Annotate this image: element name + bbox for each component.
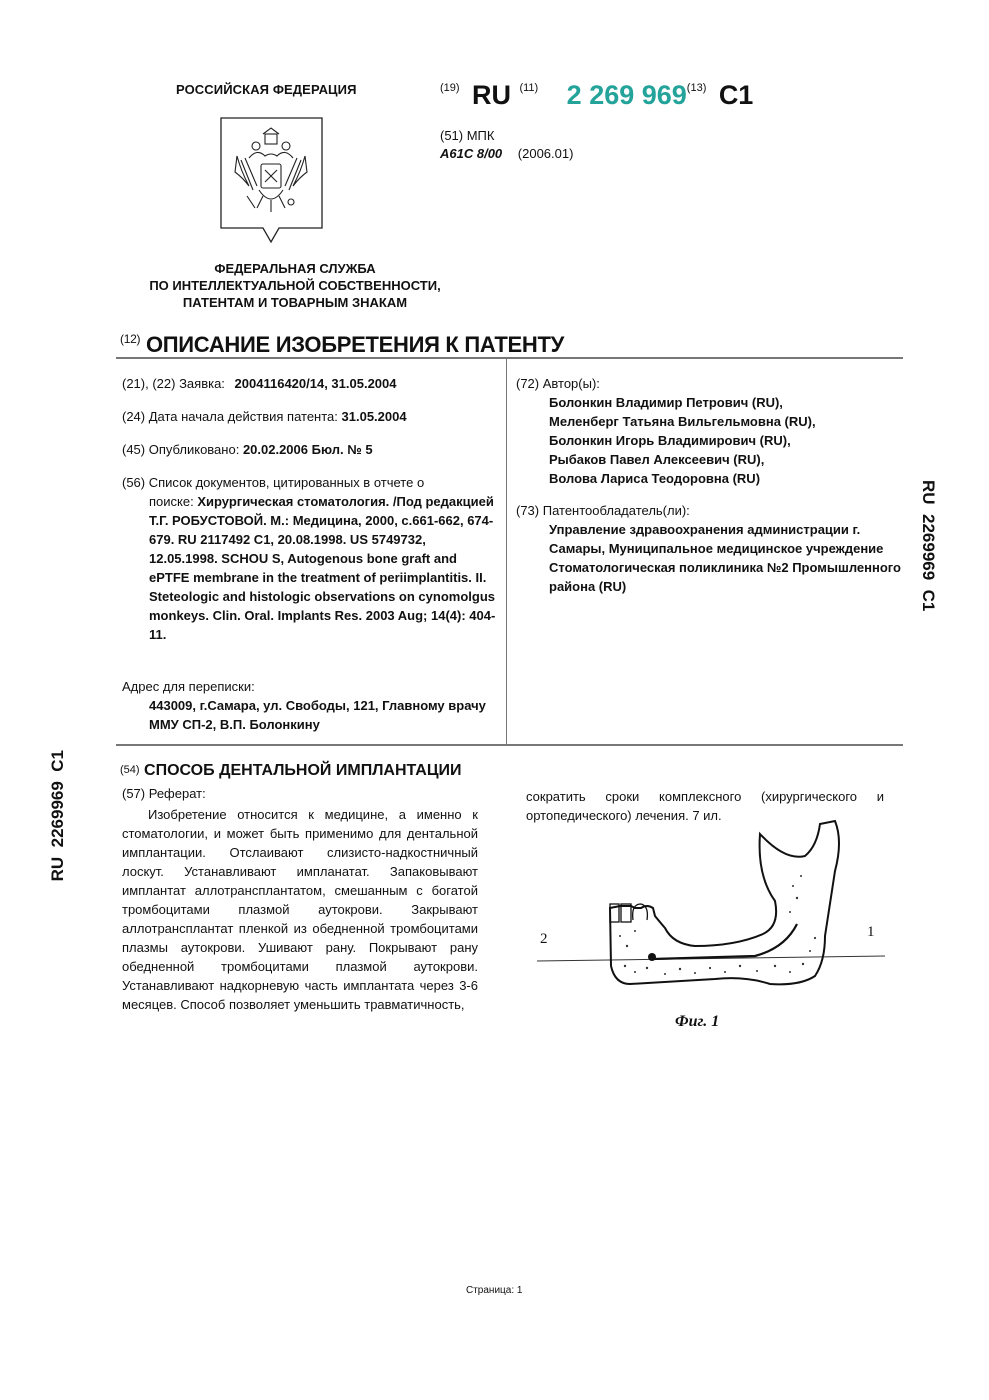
- application-field: (21), (22) Заявка: 2004116420/14, 31.05.…: [122, 374, 497, 393]
- code-11: (11): [519, 82, 538, 94]
- start-date-value: 31.05.2004: [342, 409, 407, 424]
- country-code: RU: [472, 80, 511, 110]
- document-title: (12) ОПИСАНИЕ ИЗОБРЕТЕНИЯ К ПАТЕНТУ: [120, 332, 564, 358]
- code-12: (12): [120, 332, 140, 346]
- published-label: (45) Опубликовано:: [122, 442, 239, 457]
- application-label: (21), (22) Заявка:: [122, 376, 225, 391]
- holders-label: (73) Патентообладатель(ли):: [516, 501, 906, 520]
- abstract-text: Изобретение относится к медицине, а имен…: [122, 805, 478, 1014]
- code-19: (19): [440, 82, 460, 94]
- kind-code: C1: [719, 80, 754, 110]
- cited-label: (56) Список документов, цитированных в о…: [122, 473, 497, 492]
- cited-body: поиске: Хирургическая стоматология. /Под…: [122, 492, 497, 644]
- agency-name: ФЕДЕРАЛЬНАЯ СЛУЖБА ПО ИНТЕЛЛЕКТУАЛЬНОЙ С…: [100, 260, 490, 311]
- agency-line: ПАТЕНТАМ И ТОВАРНЫМ ЗНАКАМ: [100, 294, 490, 311]
- address-label: Адрес для переписки:: [122, 677, 497, 696]
- agency-line: ПО ИНТЕЛЛЕКТУАЛЬНОЙ СОБСТВЕННОСТИ,: [100, 277, 490, 294]
- cited-value: Хирургическая стоматология. /Под редакци…: [149, 494, 495, 642]
- authors-list: Болонкин Владимир Петрович (RU), Меленбе…: [516, 393, 906, 488]
- abstract-label: (57) Реферат:: [122, 786, 206, 801]
- author-name: Болонкин Владимир Петрович (RU),: [549, 393, 906, 412]
- authors-label: (72) Автор(ы):: [516, 374, 906, 393]
- published-value: 20.02.2006 Бюл. № 5: [243, 442, 373, 457]
- ipc-version: (2006.01): [518, 146, 574, 161]
- cited-documents-field: (56) Список документов, цитированных в о…: [122, 473, 497, 644]
- author-name: Болонкин Игорь Владимирович (RU),: [549, 431, 906, 450]
- invention-title-text: СПОСОБ ДЕНТАЛЬНОЙ ИМПЛАНТАЦИИ: [144, 762, 462, 779]
- ipc-label: (51) МПК: [440, 128, 494, 143]
- code-13: (13): [687, 82, 707, 94]
- figure-label-2: 2: [540, 931, 548, 947]
- divider: [116, 744, 903, 746]
- patent-number: 2 269 969: [567, 80, 687, 110]
- address-value: 443009, г.Самара, ул. Свободы, 121, Глав…: [122, 696, 497, 734]
- coat-of-arms-icon: [219, 116, 324, 246]
- mandible-drawing-icon: 2 1: [535, 816, 885, 1006]
- code-54: (54): [120, 764, 140, 776]
- agency-line: ФЕДЕРАЛЬНАЯ СЛУЖБА: [100, 260, 490, 277]
- side-patent-code-left: RU 2269969 C1: [48, 750, 68, 881]
- side-patent-code-right: RU 2269969 C1: [918, 480, 938, 611]
- column-divider: [506, 359, 507, 745]
- address-field: Адрес для переписки: 443009, г.Самара, у…: [122, 677, 497, 734]
- published-field: (45) Опубликовано: 20.02.2006 Бюл. № 5: [122, 440, 497, 459]
- country-name: РОССИЙСКАЯ ФЕДЕРАЦИЯ: [176, 82, 357, 97]
- application-value: 2004116420/14, 31.05.2004: [235, 376, 397, 391]
- ipc-code: A61C 8/00: [440, 146, 502, 161]
- document-title-text: ОПИСАНИЕ ИЗОБРЕТЕНИЯ К ПАТЕНТУ: [146, 332, 564, 357]
- divider: [116, 357, 903, 359]
- authors-field: (72) Автор(ы): Болонкин Владимир Петрови…: [516, 374, 906, 488]
- invention-title: (54) СПОСОБ ДЕНТАЛЬНОЙ ИМПЛАНТАЦИИ: [120, 762, 462, 780]
- start-date-field: (24) Дата начала действия патента: 31.05…: [122, 407, 497, 426]
- patent-holders-field: (73) Патентообладатель(ли): Управление з…: [516, 501, 906, 596]
- holders-value: Управление здравоохранения администрации…: [516, 520, 906, 596]
- figure-caption: Фиг. 1: [675, 1013, 719, 1031]
- cited-label-cont: поиске:: [149, 494, 194, 509]
- start-date-label: (24) Дата начала действия патента:: [122, 409, 338, 424]
- author-name: Волова Лариса Теодоровна (RU): [549, 469, 906, 488]
- page-number: Страница: 1: [466, 1285, 522, 1296]
- publication-header: (19) RU (11) 2 269 969(13) C1: [440, 80, 840, 120]
- author-name: Меленберг Татьяна Вильгельмовна (RU),: [549, 412, 906, 431]
- ipc-classification: A61C 8/00 (2006.01): [440, 146, 573, 161]
- author-name: Рыбаков Павел Алексеевич (RU),: [549, 450, 906, 469]
- figure-label-1: 1: [867, 924, 875, 940]
